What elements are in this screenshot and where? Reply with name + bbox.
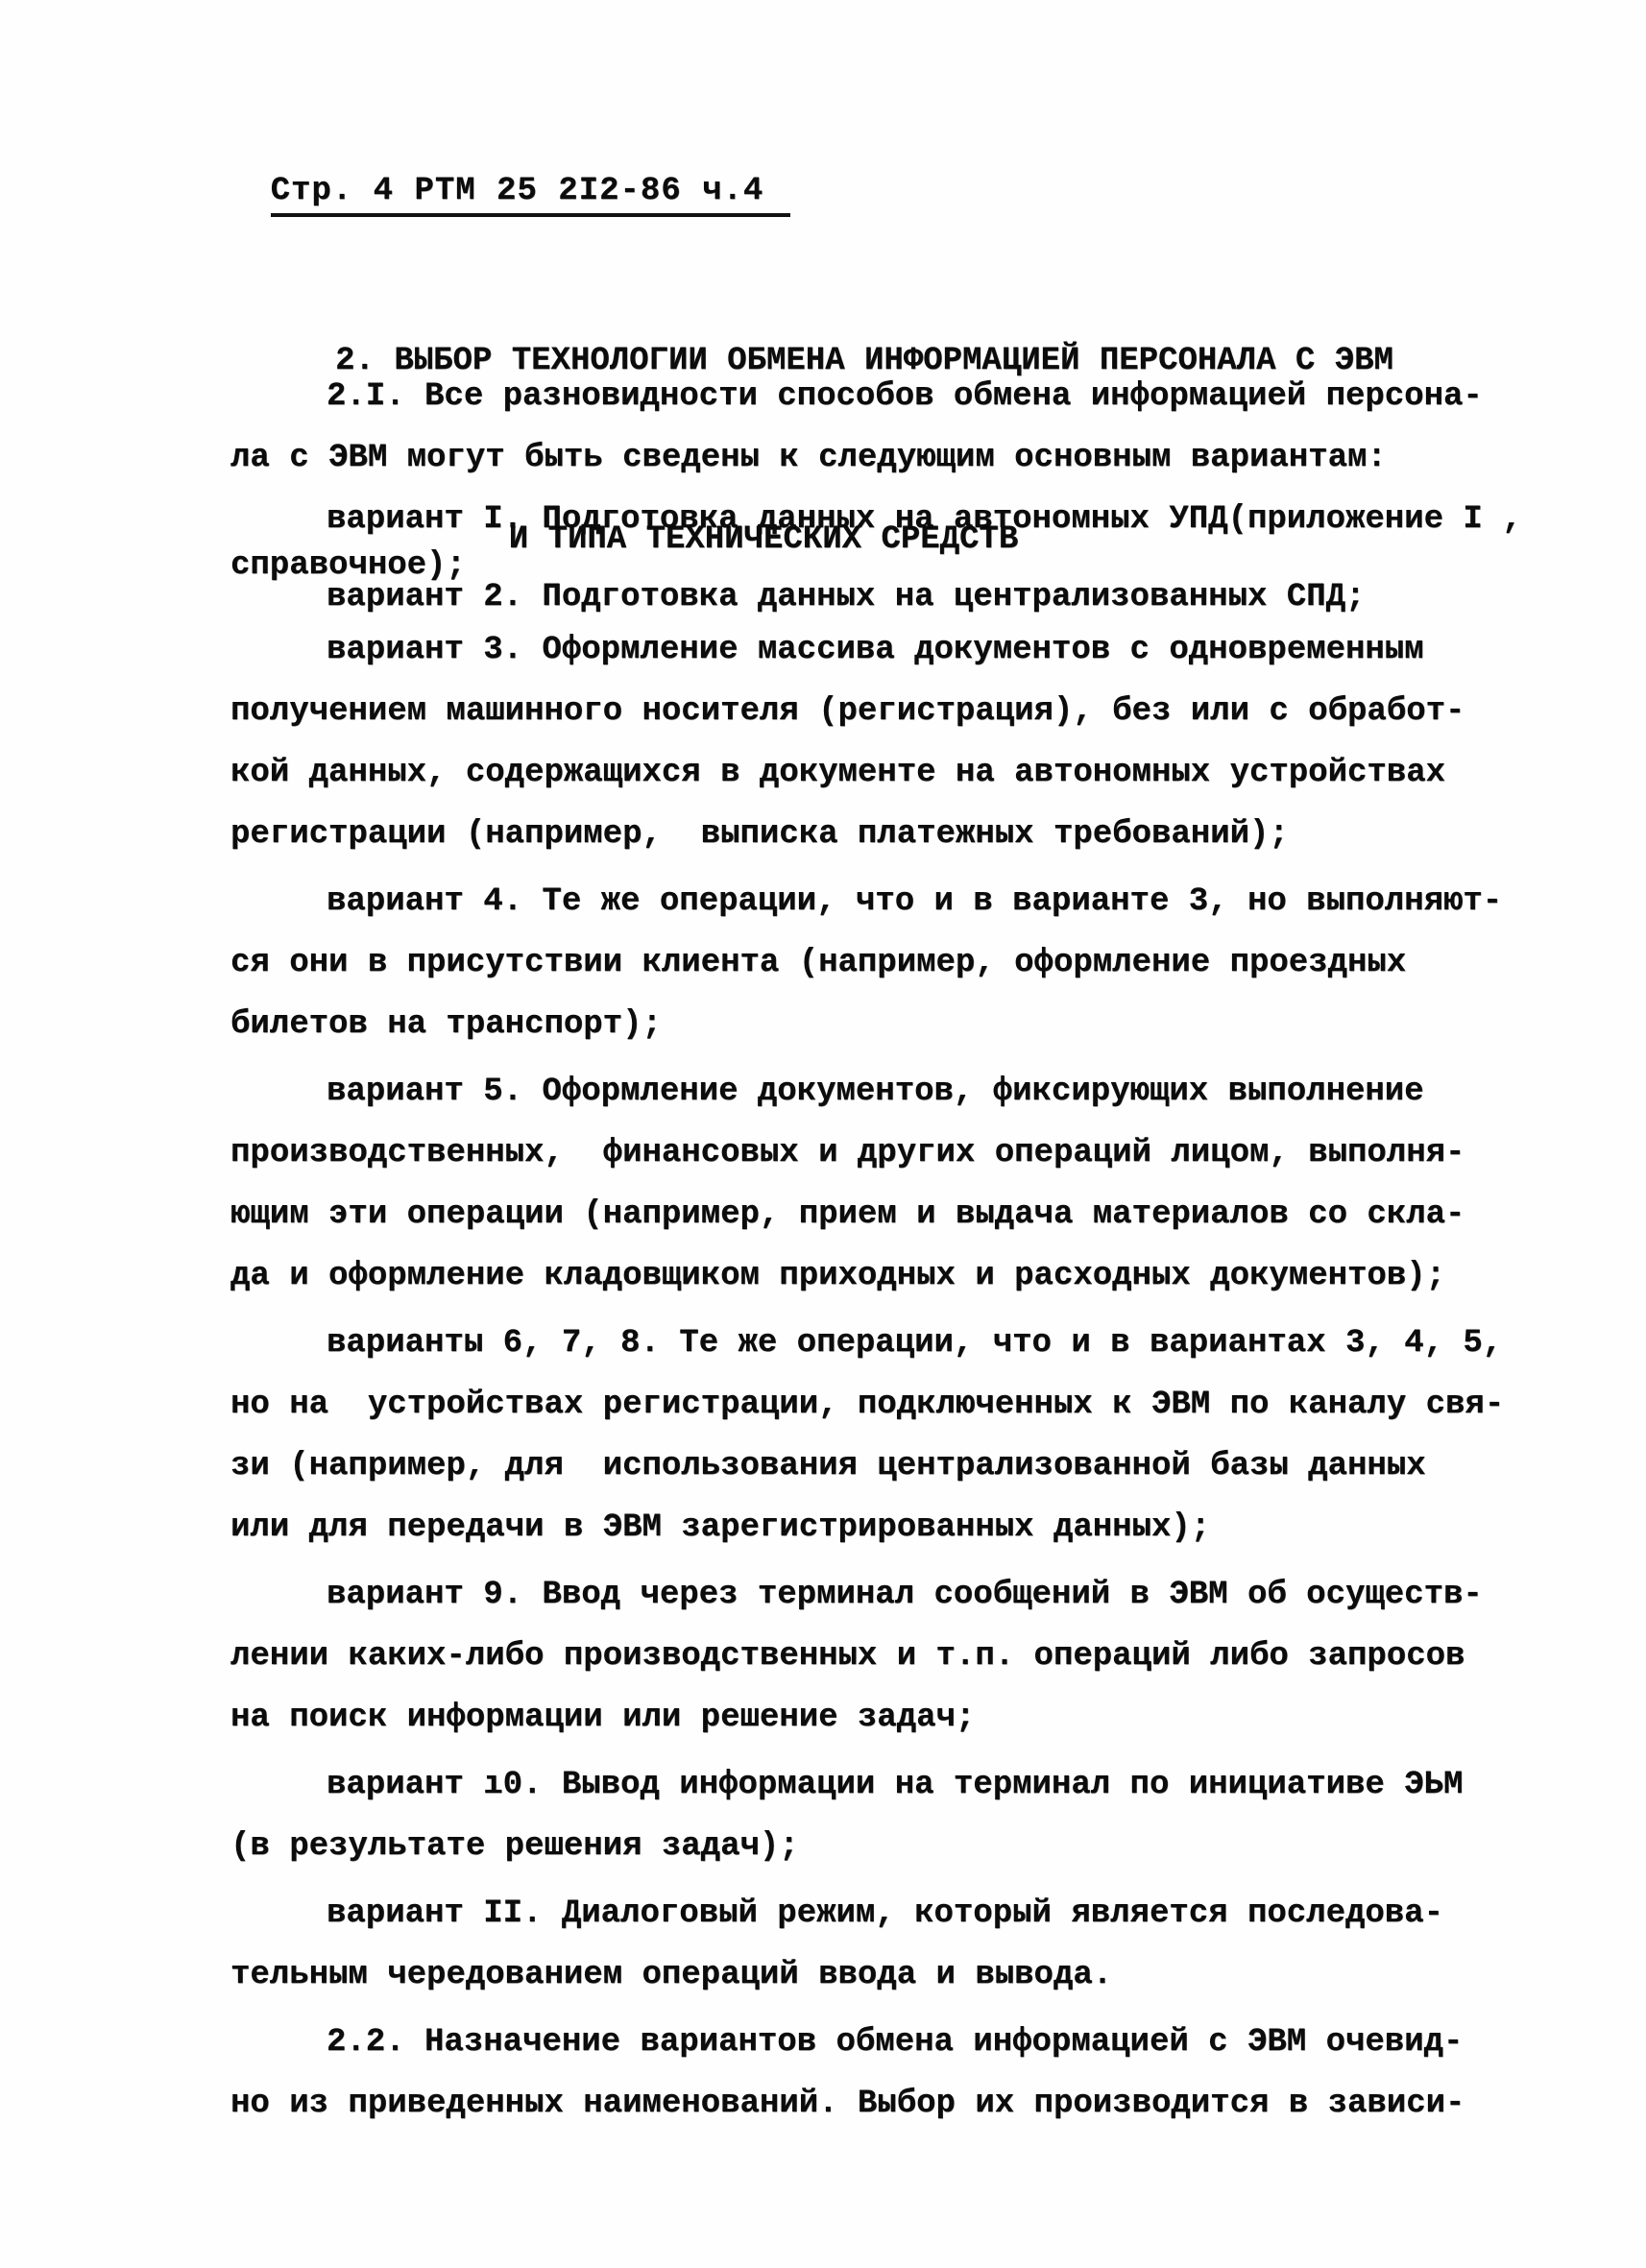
text-line: производственных, финансовых и других оп… — [230, 1122, 1537, 1184]
text-line: вариант 2. Подготовка данных на централи… — [230, 582, 1537, 614]
text-line: тельным чередованием операций ввода и вы… — [230, 1944, 1537, 2006]
text-line: ся они в присутствии клиента (например, … — [230, 932, 1537, 994]
text-line: вариант 3. Оформление массива документов… — [230, 619, 1537, 681]
document-page: Стр. 4 РТМ 25 2I2-86 ч.4 2. ВЫБОР ТЕХНОЛ… — [0, 0, 1646, 2268]
text-line: кой данных, содержащихся в документе на … — [230, 742, 1537, 804]
text-line: ла с ЭВМ могут быть сведены к следующим … — [230, 427, 1537, 489]
page-header-text: Стр. 4 РТМ 25 2I2-86 ч.4 — [271, 173, 791, 217]
text-line: но на устройствах регистрации, подключен… — [230, 1374, 1537, 1436]
document-body: 2.I. Все разновидности способов обмена и… — [230, 366, 1537, 2135]
text-line: билетов на транспорт); — [230, 994, 1537, 1055]
text-line: 2.I. Все разновидности способов обмена и… — [230, 366, 1537, 427]
text-line: регистрации (например, выписка платежных… — [230, 804, 1537, 865]
text-line: варианты 6, 7, 8. Те же операции, что и … — [230, 1313, 1537, 1374]
text-line: вариант 9. Ввод через терминал сообщений… — [230, 1564, 1537, 1626]
text-line: но из приведенных наименований. Выбор их… — [230, 2073, 1537, 2135]
text-line: 2.2. Назначение вариантов обмена информа… — [230, 2012, 1537, 2073]
text-line: зи (например, для использования централи… — [230, 1436, 1537, 1497]
text-line: справочное); — [230, 550, 1537, 582]
text-line: ющим эти операции (например, прием и выд… — [230, 1184, 1537, 1245]
text-line: вариант I. Подготовка данных на автономн… — [230, 489, 1537, 550]
text-line: вариант 5. Оформление документов, фиксир… — [230, 1061, 1537, 1122]
text-line: получением машинного носителя (регистрац… — [230, 681, 1537, 742]
text-line: вариант ı0. Вывод информации на терминал… — [230, 1754, 1537, 1816]
text-line: вариант II. Диалоговый режим, который яв… — [230, 1883, 1537, 1944]
text-line: или для передачи в ЭВМ зарегистрированны… — [230, 1497, 1537, 1558]
text-line: (в результате решения задач); — [230, 1816, 1537, 1877]
text-line: да и оформление кладовщиком приходных и … — [230, 1245, 1537, 1307]
text-line: на поиск информации или решение задач; — [230, 1687, 1537, 1749]
text-line: вариант 4. Те же операции, что и в вариа… — [230, 871, 1537, 932]
text-line: лении каких-либо производственных и т.п.… — [230, 1626, 1537, 1687]
